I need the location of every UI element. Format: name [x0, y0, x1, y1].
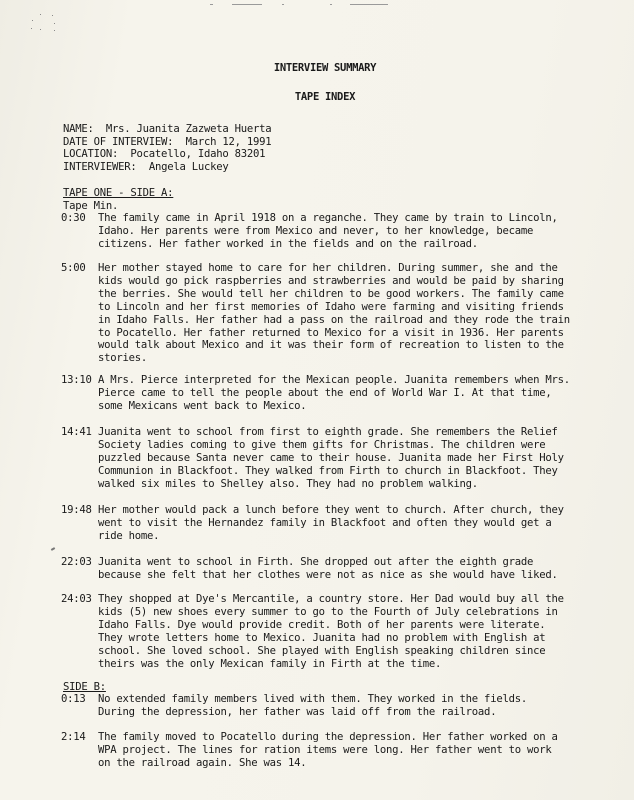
entry-text: They shopped at Dye's Mercantile, a coun…	[98, 593, 631, 670]
index-entry: 0:30 The family came in April 1918 on a …	[61, 212, 631, 251]
scan-artifacts-top	[210, 3, 390, 6]
meta-date: DATE OF INTERVIEW: March 12, 1991	[63, 136, 271, 149]
entry-time: 24:03	[61, 593, 92, 606]
entry-time: 22:03	[61, 556, 92, 569]
entry-text: Her mother would pack a lunch before the…	[98, 504, 631, 543]
entry-text: No extended family members lived with th…	[98, 693, 631, 719]
entry-time: 2:14	[61, 731, 86, 744]
entry-text: The family came in April 1918 on a regan…	[98, 212, 631, 251]
index-entry: 22:03 Juanita went to school in Firth. S…	[61, 556, 631, 582]
index-entry: 14:41 Juanita went to school from first …	[61, 426, 631, 491]
index-entry: 2:14 The family moved to Pocatello durin…	[61, 731, 631, 770]
meta-name: NAME: Mrs. Juanita Zazweta Huerta	[63, 123, 271, 136]
interview-metadata: NAME: Mrs. Juanita Zazweta Huerta DATE O…	[63, 123, 271, 173]
document-title: INTERVIEW SUMMARY	[8, 62, 634, 74]
entry-text: Her mother stayed home to care for her c…	[98, 262, 631, 365]
section-heading-side-b: SIDE B:	[63, 681, 106, 693]
column-label-tape-min: Tape Min.	[63, 200, 118, 212]
entry-text: A Mrs. Pierce interpreted for the Mexica…	[98, 374, 631, 413]
entry-time: 0:30	[61, 212, 86, 225]
scan-specks	[30, 14, 70, 38]
entry-text: Juanita went to school from first to eig…	[98, 426, 631, 491]
meta-interviewer: INTERVIEWER: Angela Luckey	[63, 161, 271, 174]
pen-mark	[51, 547, 55, 551]
entry-time: 14:41	[61, 426, 92, 439]
index-entry: 24:03 They shopped at Dye's Mercantile, …	[61, 593, 631, 670]
entry-time: 13:10	[61, 374, 92, 387]
entry-time: 5:00	[61, 262, 86, 275]
index-entry: 5:00 Her mother stayed home to care for …	[61, 262, 631, 365]
section-heading-side-a: TAPE ONE - SIDE A:	[63, 187, 173, 199]
document-subtitle: TAPE INDEX	[8, 91, 634, 103]
index-entry: 13:10 A Mrs. Pierce interpreted for the …	[61, 374, 631, 413]
index-entry: 0:13 No extended family members lived wi…	[61, 693, 631, 719]
index-entry: 19:48 Her mother would pack a lunch befo…	[61, 504, 631, 543]
entry-text: Juanita went to school in Firth. She dro…	[98, 556, 631, 582]
document-page: INTERVIEW SUMMARY TAPE INDEX NAME: Mrs. …	[0, 0, 634, 800]
entry-text: The family moved to Pocatello during the…	[98, 731, 631, 770]
entry-time: 0:13	[61, 693, 86, 706]
entry-time: 19:48	[61, 504, 92, 517]
meta-location: LOCATION: Pocatello, Idaho 83201	[63, 148, 271, 161]
